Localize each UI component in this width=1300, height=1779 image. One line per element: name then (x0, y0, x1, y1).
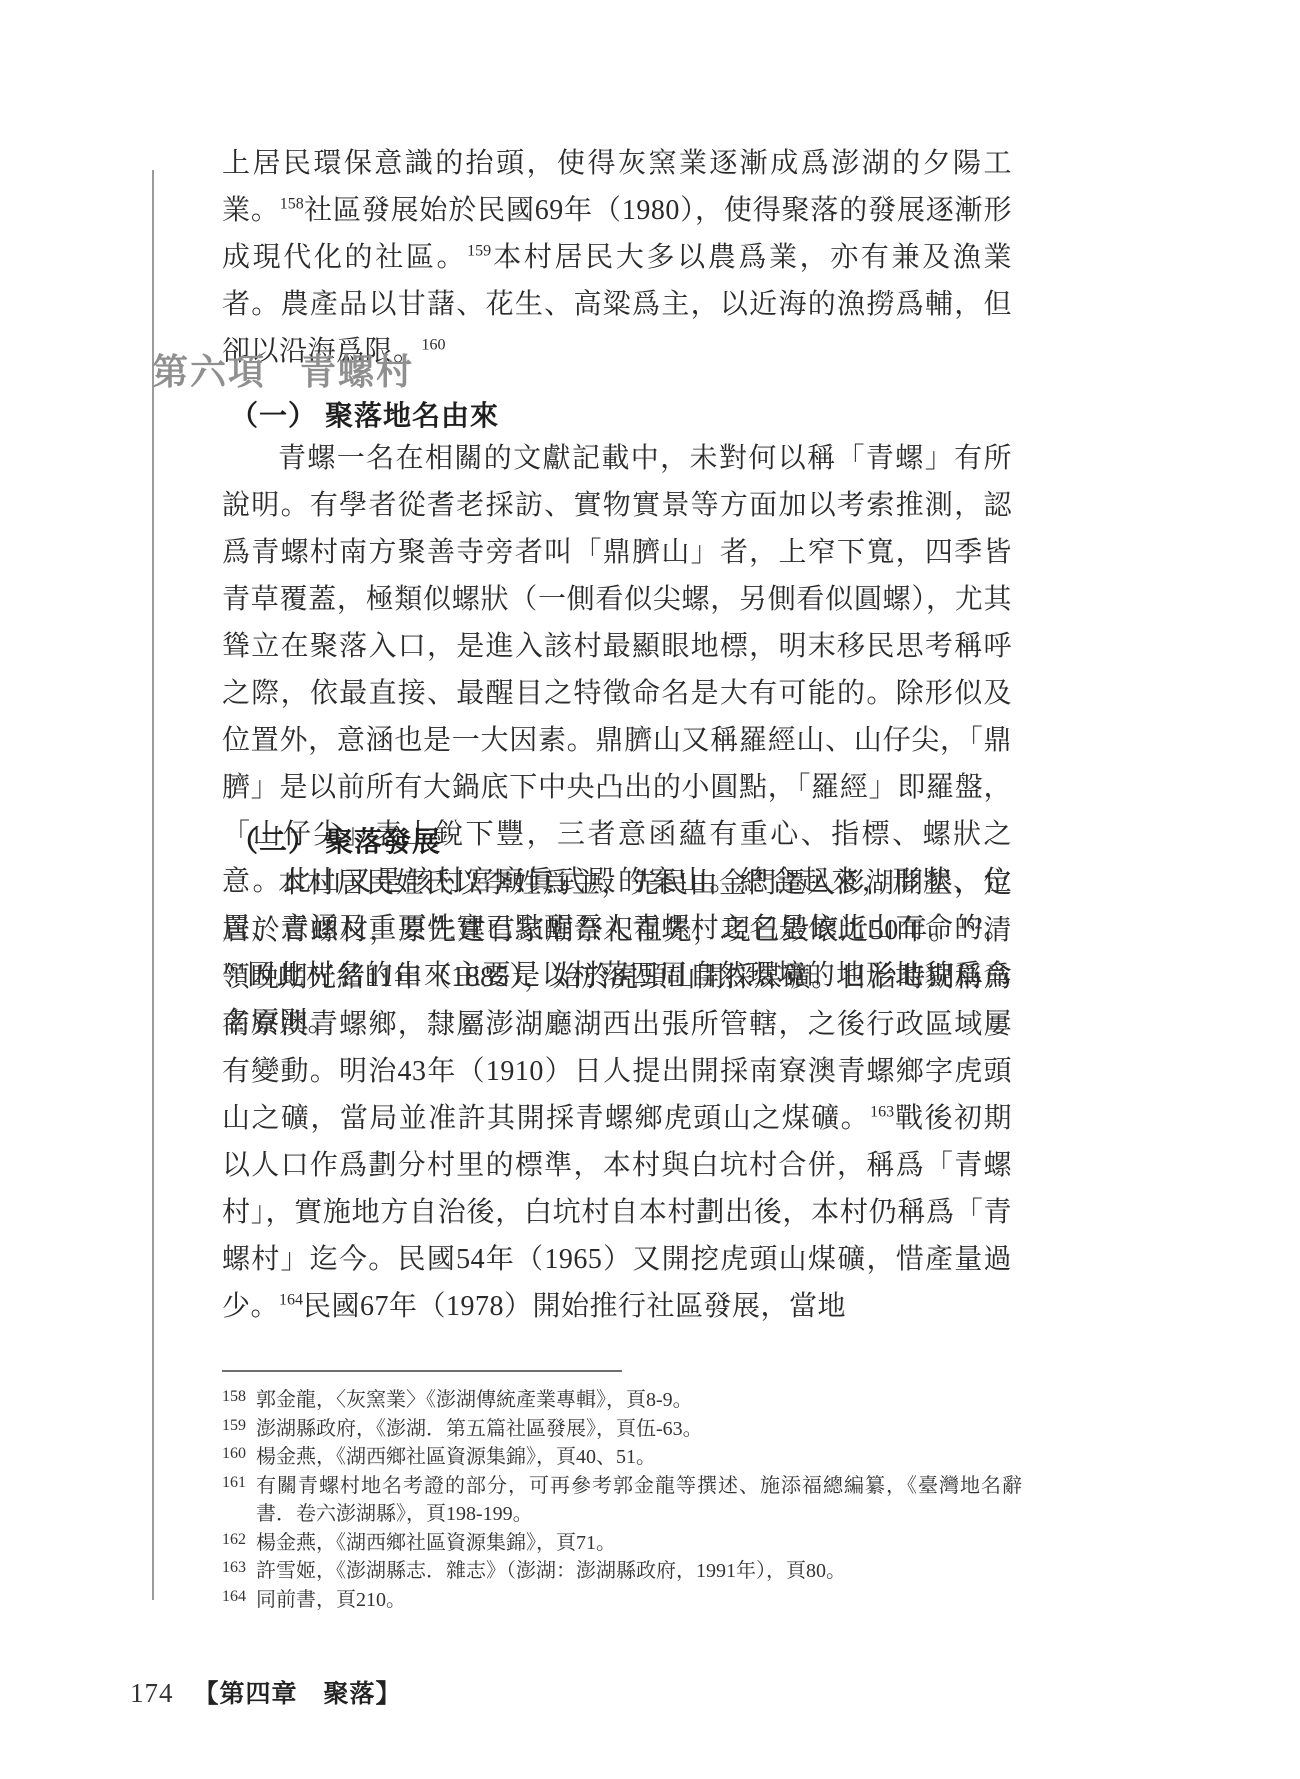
page-number: 174 (130, 1678, 174, 1708)
subsection-title: 聚落發展 (325, 827, 441, 858)
page-footer: 174【第四章 聚落】 (130, 1674, 402, 1710)
footnote-ref: 160 (422, 337, 446, 354)
footnote-number: 160 (222, 1440, 246, 1469)
footnote-item: 161有關青螺村地名考證的部分，可再參考郭金龍等撰述、施添福總編纂，《臺灣地名辭… (222, 1472, 1022, 1529)
footnote-text: 楊金燕，《湖西鄉社區資源集錦》，頁40、51。 (256, 1446, 656, 1468)
footnote-item: 162楊金燕，《湖西鄉社區資源集錦》，頁71。 (222, 1529, 1022, 1558)
footnote-separator (222, 1370, 622, 1372)
development-paragraph: 本村居民姓氏以李姓爲主，先民由金門遷入澎湖開墾，定居於青螺村，原先建有家廟祭祀祖… (222, 860, 1012, 1330)
footnote-ref: 158 (280, 196, 304, 213)
footnote-number: 164 (222, 1583, 246, 1612)
section-heading: 第六項青螺村 (152, 344, 414, 395)
subsection-heading-naming: （一）聚落地名由來 (230, 394, 499, 434)
footnote-text: 郭金龍，〈灰窯業〉《澎湖傳統產業專輯》，頁8-9。 (256, 1389, 693, 1411)
footnote-ref: 164 (279, 1292, 303, 1309)
footnote-text: 許雪姬，《澎湖縣志．雜志》（澎湖：澎湖縣政府，1991年），頁80。 (256, 1560, 846, 1582)
footnotes-section: 158郭金龍，〈灰窯業〉《澎湖傳統產業專輯》，頁8-9。159澎湖縣政府，《澎湖… (222, 1370, 1022, 1614)
footnote-number: 163 (222, 1554, 246, 1583)
footnote-text: 澎湖縣政府，《澎湖．第五篇社區發展》，頁伍-63。 (256, 1418, 703, 1440)
subsection-number: （二） (230, 827, 317, 858)
subsection-heading-development: （二）聚落發展 (230, 820, 441, 860)
footnote-text: 同前書，頁210。 (256, 1589, 406, 1611)
footnote-number: 161 (222, 1469, 246, 1498)
footnote-item: 163許雪姬，《澎湖縣志．雜志》（澎湖：澎湖縣政府，1991年），頁80。 (222, 1557, 1022, 1586)
footnote-ref: 159 (467, 243, 491, 260)
section-number: 第六項 (152, 351, 266, 392)
footnote-item: 164同前書，頁210。 (222, 1586, 1022, 1615)
subsection-title: 聚落地名由來 (325, 401, 499, 432)
footnote-list: 158郭金龍，〈灰窯業〉《澎湖傳統產業專輯》，頁8-9。159澎湖縣政府，《澎湖… (222, 1386, 1022, 1614)
intro-paragraph: 上居民環保意識的抬頭，使得灰窯業逐漸成爲澎湖的夕陽工業。158社區發展始於民國6… (222, 140, 1012, 375)
footnote-item: 158郭金龍，〈灰窯業〉《澎湖傳統產業專輯》，頁8-9。 (222, 1386, 1022, 1415)
section-title: 青螺村 (300, 351, 414, 392)
footnote-ref: 162 (959, 916, 983, 933)
subsection-number: （一） (230, 401, 317, 432)
footnote-number: 158 (222, 1383, 246, 1412)
footnote-text: 有關青螺村地名考證的部分，可再參考郭金龍等撰述、施添福總編纂，《臺灣地名辭書．卷… (256, 1475, 1022, 1526)
book-page: 上居民環保意識的抬頭，使得灰窯業逐漸成爲澎湖的夕陽工業。158社區發展始於民國6… (0, 0, 1300, 1779)
footnote-ref: 163 (870, 1104, 894, 1121)
chapter-label: 【第四章 聚落】 (194, 1681, 402, 1708)
footnote-item: 160楊金燕，《湖西鄉社區資源集錦》，頁40、51。 (222, 1443, 1022, 1472)
footnote-item: 159澎湖縣政府，《澎湖．第五篇社區發展》，頁伍-63。 (222, 1415, 1022, 1444)
footnote-number: 162 (222, 1526, 246, 1555)
footnote-text: 楊金燕，《湖西鄉社區資源集錦》，頁71。 (256, 1532, 616, 1554)
paragraph: 本村居民姓氏以李姓爲主，先民由金門遷入澎湖開墾，定居於青螺村，原先建有家廟祭祀祖… (222, 860, 1012, 1330)
footnote-number: 159 (222, 1412, 246, 1441)
paragraph: 上居民環保意識的抬頭，使得灰窯業逐漸成爲澎湖的夕陽工業。158社區發展始於民國6… (222, 140, 1012, 375)
